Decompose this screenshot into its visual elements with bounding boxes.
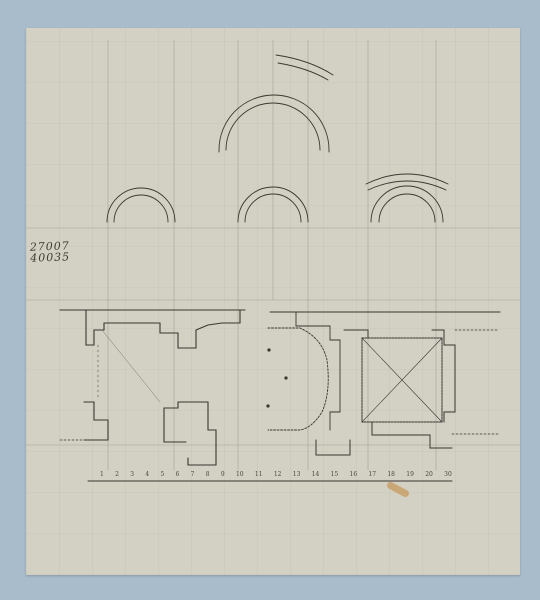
scale-label: 16 bbox=[350, 471, 358, 485]
construction-lines bbox=[26, 40, 520, 470]
scale-label: 9 bbox=[221, 471, 225, 485]
scale-label: 4 bbox=[145, 471, 149, 485]
plan-right bbox=[316, 330, 500, 455]
scale-label: 8 bbox=[206, 471, 210, 485]
scale-label: 14 bbox=[312, 471, 320, 485]
scale-label: 20 bbox=[425, 471, 433, 485]
architectural-drawing bbox=[0, 0, 540, 600]
scale-label: 2 bbox=[115, 471, 119, 485]
scale-label: 1 bbox=[100, 471, 104, 485]
scale-bar-labels: 1 2 3 4 5 6 7 8 9 10 11 12 13 14 15 16 1… bbox=[100, 471, 452, 485]
annotation-line-2: 40035 bbox=[30, 251, 70, 263]
scale-label: 17 bbox=[368, 471, 376, 485]
scale-label: 19 bbox=[406, 471, 414, 485]
scale-label: 15 bbox=[331, 471, 339, 485]
scale-label: 12 bbox=[274, 471, 282, 485]
scale-label: 5 bbox=[160, 471, 164, 485]
scale-label: 6 bbox=[176, 471, 180, 485]
scale-label: 30 bbox=[444, 471, 452, 485]
handwritten-annotation: 27007 40035 bbox=[30, 240, 71, 263]
scale-label: 3 bbox=[130, 471, 134, 485]
scale-label: 13 bbox=[293, 471, 301, 485]
scale-label: 7 bbox=[191, 471, 195, 485]
upper-arc-fragment bbox=[276, 55, 333, 80]
small-arches bbox=[107, 174, 448, 222]
scale-label: 10 bbox=[236, 471, 244, 485]
central-arch bbox=[219, 95, 329, 152]
plan-left bbox=[60, 310, 245, 465]
scale-label: 11 bbox=[255, 471, 263, 485]
